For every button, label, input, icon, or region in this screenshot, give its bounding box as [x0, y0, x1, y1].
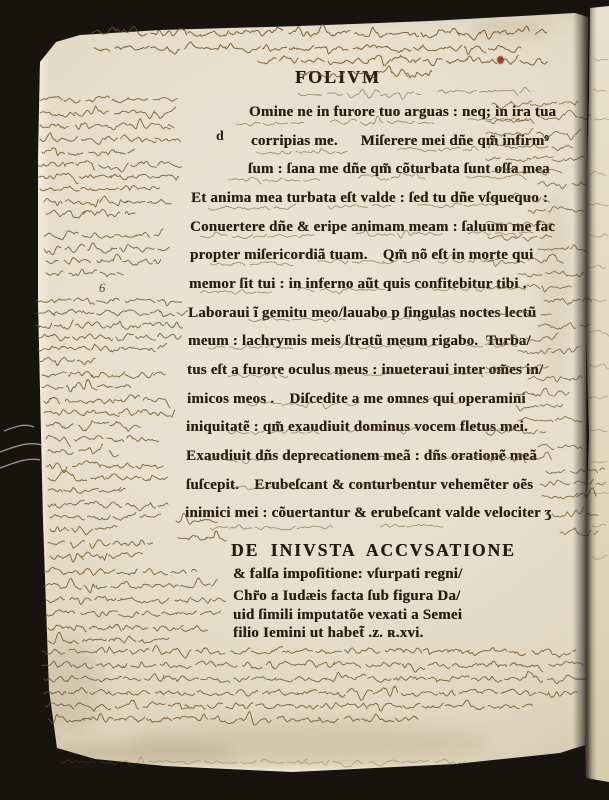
heading-line: Chr̃o a Iudæis facta ſub figura Da/ [233, 588, 460, 605]
binding-thread [0, 459, 40, 468]
ink-smudge-stain [213, 5, 250, 22]
heading-line: filio Iemini ut habet̃ .z. ʀ.xvi. [233, 625, 423, 642]
printed-text-block: FOLIVM d Omine ne in furore tuo arguas :… [0, 0, 609, 800]
book-page: 1 6 FOLIVM d Omine ne in furore tuo argu… [0, 0, 609, 800]
psalm-line: inimici mei : cõuertantur & erubeſcant v… [185, 505, 552, 522]
psalm-line: corripias me. Miſerere mei dñe qm̃ infir… [251, 133, 549, 150]
photograph-of-annotated-incunable-page: 1 6 FOLIVM d Omine ne in furore tuo argu… [0, 0, 609, 800]
running-title: FOLIVM [288, 67, 388, 88]
psalm-line: memor ſit tui : in inferno aũt quis conf… [189, 276, 527, 293]
heading-line: & falſa impoſitione: vſurpati regni/ [233, 566, 462, 583]
psalm-line: ſum : ſana me dñe qm̃ cõturbata ſunt oſſ… [248, 161, 550, 178]
initial-guide-letter: d [216, 129, 224, 145]
heading-line: uid ſimili imputatõe vexati a Semei [233, 607, 462, 624]
psalm-line: Conuertere dñe & eripe animam meam : ſal… [190, 219, 555, 236]
psalm-line: Exaudiuit dñs deprecationem meã : dñs or… [186, 448, 537, 465]
psalm-line: tus eſt a furore oculus meus : inueterau… [187, 362, 543, 379]
psalm-line: Laboraui ĩ gemitu meo/lauabo p ſingulas … [188, 305, 536, 322]
psalm-line: imicos meos . Diſcedite a me omnes qui o… [187, 391, 526, 408]
section-heading: DE INIVSTA ACCVSATIONE [231, 540, 516, 561]
psalm-line: Et anima mea turbata eſt valde : ſed tu … [191, 190, 548, 207]
psalm-line: ſuſcepit. Erubeſcant & conturbentur vehe… [186, 477, 533, 494]
binding-thread [4, 425, 34, 431]
psalm-line: propter miſericordiã tuam. Qm̃ nõ eſt in… [190, 247, 533, 264]
binding-thread [0, 444, 42, 452]
folio-number: 1 [247, 8, 253, 20]
psalm-line: Omine ne in furore tuo arguas : neq; in … [249, 104, 556, 121]
psalm-line: meum : lachrymis meis ſtratũ meum rigabo… [188, 333, 531, 350]
psalm-line: iniquitatẽ : qm̃ exaudiuit dominus vocem… [186, 419, 528, 436]
